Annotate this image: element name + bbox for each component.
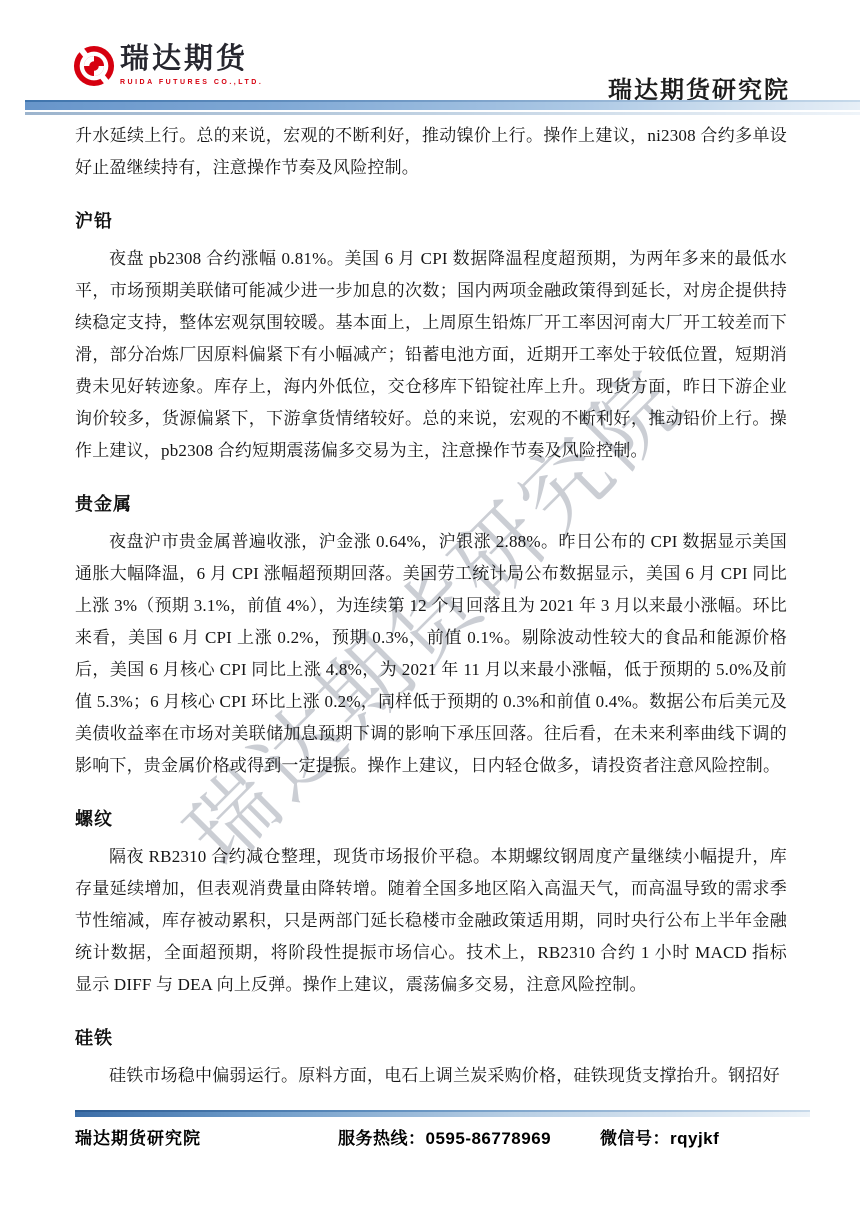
footer-hotline-label: 服务热线： <box>338 1129 426 1148</box>
brand-name-en: RUIDA FUTURES CO.,LTD. <box>120 79 263 86</box>
footer: 瑞达期货研究院 服务热线：0595-86778969 微信号：rqyjkf <box>75 1124 810 1148</box>
section-paragraph-luo-wen: 隔夜 RB2310 合约减仓整理，现货市场报价平稳。本期螺纹钢周度产量继续小幅提… <box>75 841 787 1001</box>
report-page: 瑞达期货 RUIDA FUTURES CO.,LTD. 瑞达期货研究院 瑞达期货… <box>0 0 860 1217</box>
company-logo: 瑞达期货 RUIDA FUTURES CO.,LTD. <box>73 44 263 88</box>
section-paragraph-gui-tie: 硅铁市场稳中偏弱运行。原料方面，电石上调兰炭采购价格，硅铁现货支撑抬升。钢招好 <box>75 1060 787 1092</box>
section-paragraph-gui-jin-shu: 夜盘沪市贵金属普遍收涨，沪金涨 0.64%，沪银涨 2.88%。昨日公布的 CP… <box>75 526 787 782</box>
intro-paragraph: 升水延续上行。总的来说，宏观的不断利好，推动镍价上行。操作上建议，ni2308 … <box>75 120 787 184</box>
footer-wechat: 微信号：rqyjkf <box>600 1124 719 1149</box>
section-heading-hu-qian: 沪铅 <box>75 208 787 234</box>
brand-name-cn: 瑞达期货 <box>120 44 263 76</box>
footer-hotline: 服务热线：0595-86778969 <box>338 1124 551 1149</box>
header-divider-sub <box>25 112 860 115</box>
footer-wechat-label: 微信号： <box>600 1129 670 1148</box>
document-body: 升水延续上行。总的来说，宏观的不断利好，推动镍价上行。操作上建议，ni2308 … <box>75 120 787 1092</box>
section-heading-gui-jin-shu: 贵金属 <box>75 491 787 517</box>
section-paragraph-hu-qian: 夜盘 pb2308 合约涨幅 0.81%。美国 6 月 CPI 数据降温程度超预… <box>75 243 787 467</box>
ruida-logo-icon <box>73 44 115 88</box>
footer-wechat-id: rqyjkf <box>670 1129 719 1148</box>
header-divider-main <box>25 100 860 110</box>
footer-divider-bar <box>75 1110 810 1117</box>
section-heading-gui-tie: 硅铁 <box>75 1025 787 1051</box>
footer-org-name: 瑞达期货研究院 <box>75 1124 201 1149</box>
footer-hotline-number: 0595-86778969 <box>426 1129 552 1148</box>
section-heading-luo-wen: 螺纹 <box>75 806 787 832</box>
header-divider-bar <box>25 100 860 117</box>
